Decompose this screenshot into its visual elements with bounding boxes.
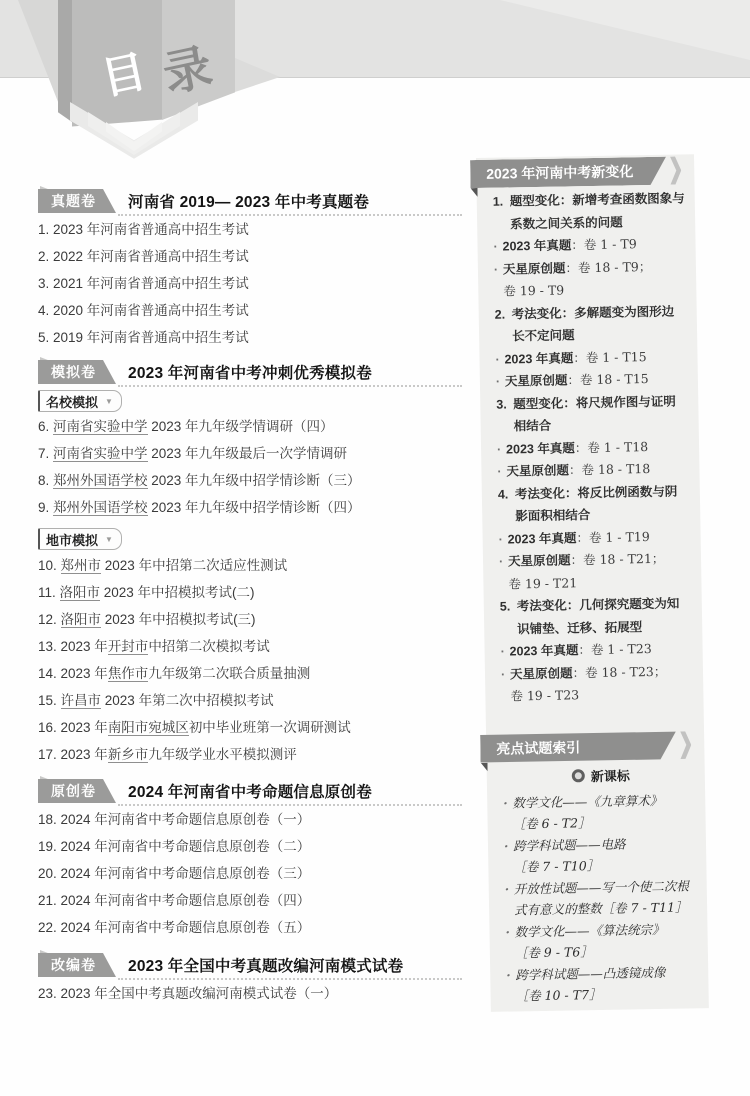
change-point: 5. 考法变化：几何探究题变为知 识铺垫、迁移、拓展型	[500, 592, 697, 640]
bullet-dot-icon: ·	[497, 438, 506, 461]
logo-spine	[58, 0, 72, 122]
dotted-leader	[118, 804, 462, 806]
section-badge: 改编卷	[38, 953, 116, 977]
toc-item: 18. 2024 年河南省中考命题信息原创卷（一）	[38, 806, 462, 833]
bullet-dot-icon: ·	[500, 640, 509, 663]
highlight-item: ·跨学科试题——凸透镜成像 ［卷 10 - T7］	[506, 961, 703, 1007]
group-items: 6. 河南省实验中学 2023 年九年级学情调研（四） 7. 河南省实验中学 2…	[38, 413, 462, 521]
bullet-dot-icon: ·	[495, 348, 504, 371]
index-header-banner: 亮点试题索引	[480, 731, 676, 762]
toc-item: 20. 2024 年河南省中考命题信息原创卷（三）	[38, 860, 462, 887]
dropdown-arrow-icon: ▼	[105, 535, 113, 544]
section-title: 2023 年河南省中考冲刺优秀模拟卷	[128, 361, 372, 383]
change-point: 2. 考法变化：多解题变为图形边 长不定问题	[495, 300, 692, 348]
highlight-list: ·数学文化——《九章算术》 ［卷 6 - T2］ ·跨学科试题——电路 ［卷 7…	[503, 789, 703, 1007]
bullet-dot-icon: ·	[498, 528, 507, 551]
toc-item: 5. 2019 年河南省普通高中招生考试	[38, 324, 462, 351]
toc-item: 3. 2021 年河南省普通高中招生考试	[38, 270, 462, 297]
section-badge: 模拟卷	[38, 360, 116, 384]
change-ref: ·天星原创题：卷 18 - T21； 卷 19 - T21	[499, 547, 696, 595]
section-header-zhenti: 真题卷 河南省 2019— 2023 年中考真题卷	[38, 186, 462, 216]
highlight-item: ·开放性试题——写一个使二次根 式有意义的整数［卷 7 - T11］	[505, 875, 702, 921]
panel-content: 2023 年河南中考新变化 1. 题型变化：新增考查函数图象与 系数之间关系的问…	[476, 156, 709, 1007]
group-items: 10. 郑州市 2023 年中招第二次适应性测试 11. 洛阳市 2023 年中…	[38, 552, 462, 768]
contents-page: 目 录 真题卷 河南省 2019— 2023 年中考真题卷 1. 2023 年河…	[0, 0, 750, 1096]
toc-item: 15. 许昌市 2023 年第二次中招模拟考试	[38, 687, 462, 714]
toc-item: 17. 2023 年新乡市九年级学业水平模拟测评	[38, 741, 462, 768]
toc-item: 1. 2023 年河南省普通高中招生考试	[38, 216, 462, 243]
highlight-item: ·数学文化——《九章算术》 ［卷 6 - T2］	[503, 789, 700, 835]
section-title: 河南省 2019— 2023 年中考真题卷	[128, 190, 369, 212]
target-circle-icon	[572, 769, 585, 782]
chevron-right-icon	[680, 731, 691, 759]
toc-item: 14. 2023 年焦作市九年级第二次联合质量抽测	[38, 660, 462, 687]
toc-item: 21. 2024 年河南省中考命题信息原创卷（四）	[38, 887, 462, 914]
toc-item: 7. 河南省实验中学 2023 年九年级最后一次学情调研	[38, 440, 462, 467]
highlight-item: ·跨学科试题——电路 ［卷 7 - T10］	[504, 832, 701, 878]
section-header-yuanchuang: 原创卷 2024 年河南省中考命题信息原创卷	[38, 776, 462, 806]
bullet-dot-icon: ·	[497, 461, 506, 484]
toc-item: 12. 洛阳市 2023 年中招模拟考试(三)	[38, 606, 462, 633]
section-title: 2024 年河南省中考命题信息原创卷	[128, 780, 372, 802]
toc-item: 23. 2023 年全国中考真题改编河南模式试卷（一）	[38, 980, 462, 1007]
section-header-gaibian: 改编卷 2023 年全国中考真题改编河南模式试卷	[38, 950, 462, 980]
dotted-leader	[118, 385, 462, 387]
change-point: 3. 题型变化：将尺规作图与证明 相结合	[496, 390, 693, 438]
new-curriculum-tag: 新课标	[503, 765, 699, 788]
group-row: 地市模拟 ▼	[38, 528, 462, 550]
index-header-title: 亮点试题索引	[480, 731, 676, 762]
toc-item: 6. 河南省实验中学 2023 年九年级学情调研（四）	[38, 413, 462, 440]
toc-item: 22. 2024 年河南省中考命题信息原创卷（五）	[38, 914, 462, 941]
toc-item: 8. 郑州外国语学校 2023 年九年级中招学情诊断（三）	[38, 467, 462, 494]
section-title: 2023 年全国中考真题改编河南模式试卷	[128, 954, 403, 976]
section-badge: 原创卷	[38, 779, 116, 803]
change-ref: ·天星原创题：卷 18 - T23； 卷 19 - T23	[501, 660, 698, 708]
toc-left-column: 真题卷 河南省 2019— 2023 年中考真题卷 1. 2023 年河南省普通…	[38, 186, 462, 1007]
section-header-moni: 模拟卷 2023 年河南省中考冲刺优秀模拟卷	[38, 357, 462, 387]
bullet-dot-icon: ·	[496, 371, 505, 394]
group-label-dishi: 地市模拟 ▼	[38, 528, 122, 550]
toc-item: 10. 郑州市 2023 年中招第二次适应性测试	[38, 552, 462, 579]
panel-header-title: 2023 年河南中考新变化	[470, 157, 666, 188]
banner-fold	[471, 188, 478, 197]
logo-char-mu: 目	[98, 50, 150, 102]
banner-fold	[481, 762, 488, 771]
highlight-item: ·数学文化——《算法统宗》 ［卷 9 - T6］	[505, 918, 702, 964]
toc-item: 19. 2024 年河南省中考命题信息原创卷（二）	[38, 833, 462, 860]
toc-item: 4. 2020 年河南省普通高中招生考试	[38, 297, 462, 324]
changes-side-panel: 2023 年河南中考新变化 1. 题型变化：新增考查函数图象与 系数之间关系的问…	[476, 154, 709, 1012]
toc-item: 2. 2022 年河南省普通高中招生考试	[38, 243, 462, 270]
chevron-right-icon	[670, 156, 681, 184]
panel-header-banner: 2023 年河南中考新变化	[470, 157, 666, 188]
toc-item: 11. 洛阳市 2023 年中招模拟考试(二)	[38, 579, 462, 606]
group-row: 名校模拟 ▼	[38, 390, 462, 412]
dotted-leader	[118, 214, 462, 216]
group-label-mingxiao: 名校模拟 ▼	[38, 390, 122, 412]
toc-item: 16. 2023 年南阳市宛城区初中毕业班第一次调研测试	[38, 714, 462, 741]
logo-char-lu: 录	[160, 44, 217, 101]
dropdown-arrow-icon: ▼	[105, 397, 113, 406]
change-ref: ·天星原创题：卷 18 - T9； 卷 19 - T9	[494, 255, 691, 303]
toc-item: 9. 郑州外国语学校 2023 年九年级中招学情诊断（四）	[38, 494, 462, 521]
section-badge: 真题卷	[38, 189, 116, 213]
change-point: 4. 考法变化：将反比例函数与阴 影面积相结合	[498, 480, 695, 528]
toc-item: 13. 2023 年开封市中招第二次模拟考试	[38, 633, 462, 660]
change-point: 1. 题型变化：新增考查函数图象与 系数之间关系的问题	[493, 187, 690, 235]
dotted-leader	[118, 978, 462, 980]
bullet-dot-icon: ·	[493, 236, 502, 259]
